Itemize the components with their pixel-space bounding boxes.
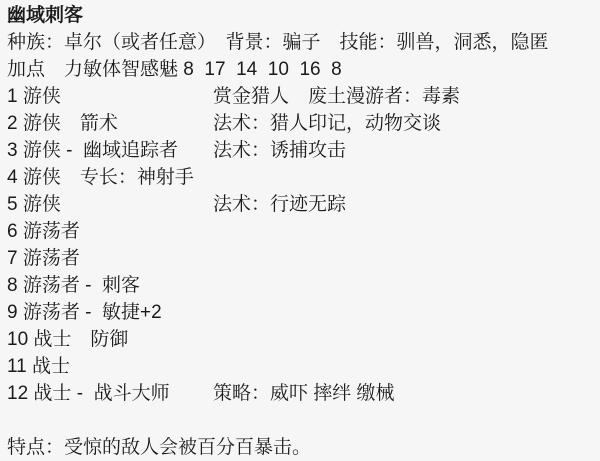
level-class: 12 战士 - 战斗大师 bbox=[7, 380, 213, 407]
level-class: 9 游荡者 - 敏捷+2 bbox=[7, 299, 213, 326]
spacer-line bbox=[7, 407, 600, 434]
level-row-8: 8 游荡者 - 刺客 bbox=[7, 272, 600, 299]
level-row-5: 5 游侠 法术：行迹无踪 bbox=[7, 191, 600, 218]
level-detail: 法术：行迹无踪 bbox=[213, 191, 346, 218]
page-title: 幽域刺客 bbox=[7, 2, 600, 29]
level-row-6: 6 游荡者 bbox=[7, 218, 600, 245]
level-row-4: 4 游侠 专长：神射手 bbox=[7, 164, 600, 191]
level-row-7: 7 游荡者 bbox=[7, 245, 600, 272]
level-row-9: 9 游荡者 - 敏捷+2 bbox=[7, 299, 600, 326]
level-class: 10 战士 防御 bbox=[7, 326, 213, 353]
level-class: 5 游侠 bbox=[7, 191, 213, 218]
level-class: 3 游侠 - 幽域追踪者 bbox=[7, 137, 213, 164]
level-class: 11 战士 bbox=[7, 353, 213, 380]
level-row-11: 11 战士 bbox=[7, 353, 600, 380]
level-class: 8 游荡者 - 刺客 bbox=[7, 272, 213, 299]
level-class: 4 游侠 专长：神射手 bbox=[7, 164, 213, 191]
ability-scores-line: 加点 力敏体智感魅 8 17 14 10 16 8 bbox=[7, 56, 600, 83]
race-background-skills-line: 种族：卓尔（或者任意） 背景：骗子 技能：驯兽，洞悉，隐匿 bbox=[7, 29, 600, 56]
level-row-1: 1 游侠 赏金猎人 废土漫游者：毒素 bbox=[7, 83, 600, 110]
trait-note-line: 特点：受惊的敌人会被百分百暴击。 bbox=[7, 434, 600, 461]
level-class: 1 游侠 bbox=[7, 83, 213, 110]
level-detail: 法术：猎人印记，动物交谈 bbox=[213, 110, 441, 137]
level-row-2: 2 游侠 箭术 法术：猎人印记，动物交谈 bbox=[7, 110, 600, 137]
level-class: 7 游荡者 bbox=[7, 245, 213, 272]
level-list: 1 游侠 赏金猎人 废土漫游者：毒素 2 游侠 箭术 法术：猎人印记，动物交谈 … bbox=[7, 83, 600, 407]
level-row-12: 12 战士 - 战斗大师 策略：威吓 摔绊 缴械 bbox=[7, 380, 600, 407]
level-detail: 法术：诱捕攻击 bbox=[213, 137, 346, 164]
level-row-10: 10 战士 防御 bbox=[7, 326, 600, 353]
level-class: 2 游侠 箭术 bbox=[7, 110, 213, 137]
build-guide-document: 幽域刺客 种族：卓尔（或者任意） 背景：骗子 技能：驯兽，洞悉，隐匿 加点 力敏… bbox=[0, 0, 600, 461]
level-row-3: 3 游侠 - 幽域追踪者 法术：诱捕攻击 bbox=[7, 137, 600, 164]
level-class: 6 游荡者 bbox=[7, 218, 213, 245]
level-detail: 策略：威吓 摔绊 缴械 bbox=[213, 380, 395, 407]
level-detail: 赏金猎人 废土漫游者：毒素 bbox=[213, 83, 460, 110]
